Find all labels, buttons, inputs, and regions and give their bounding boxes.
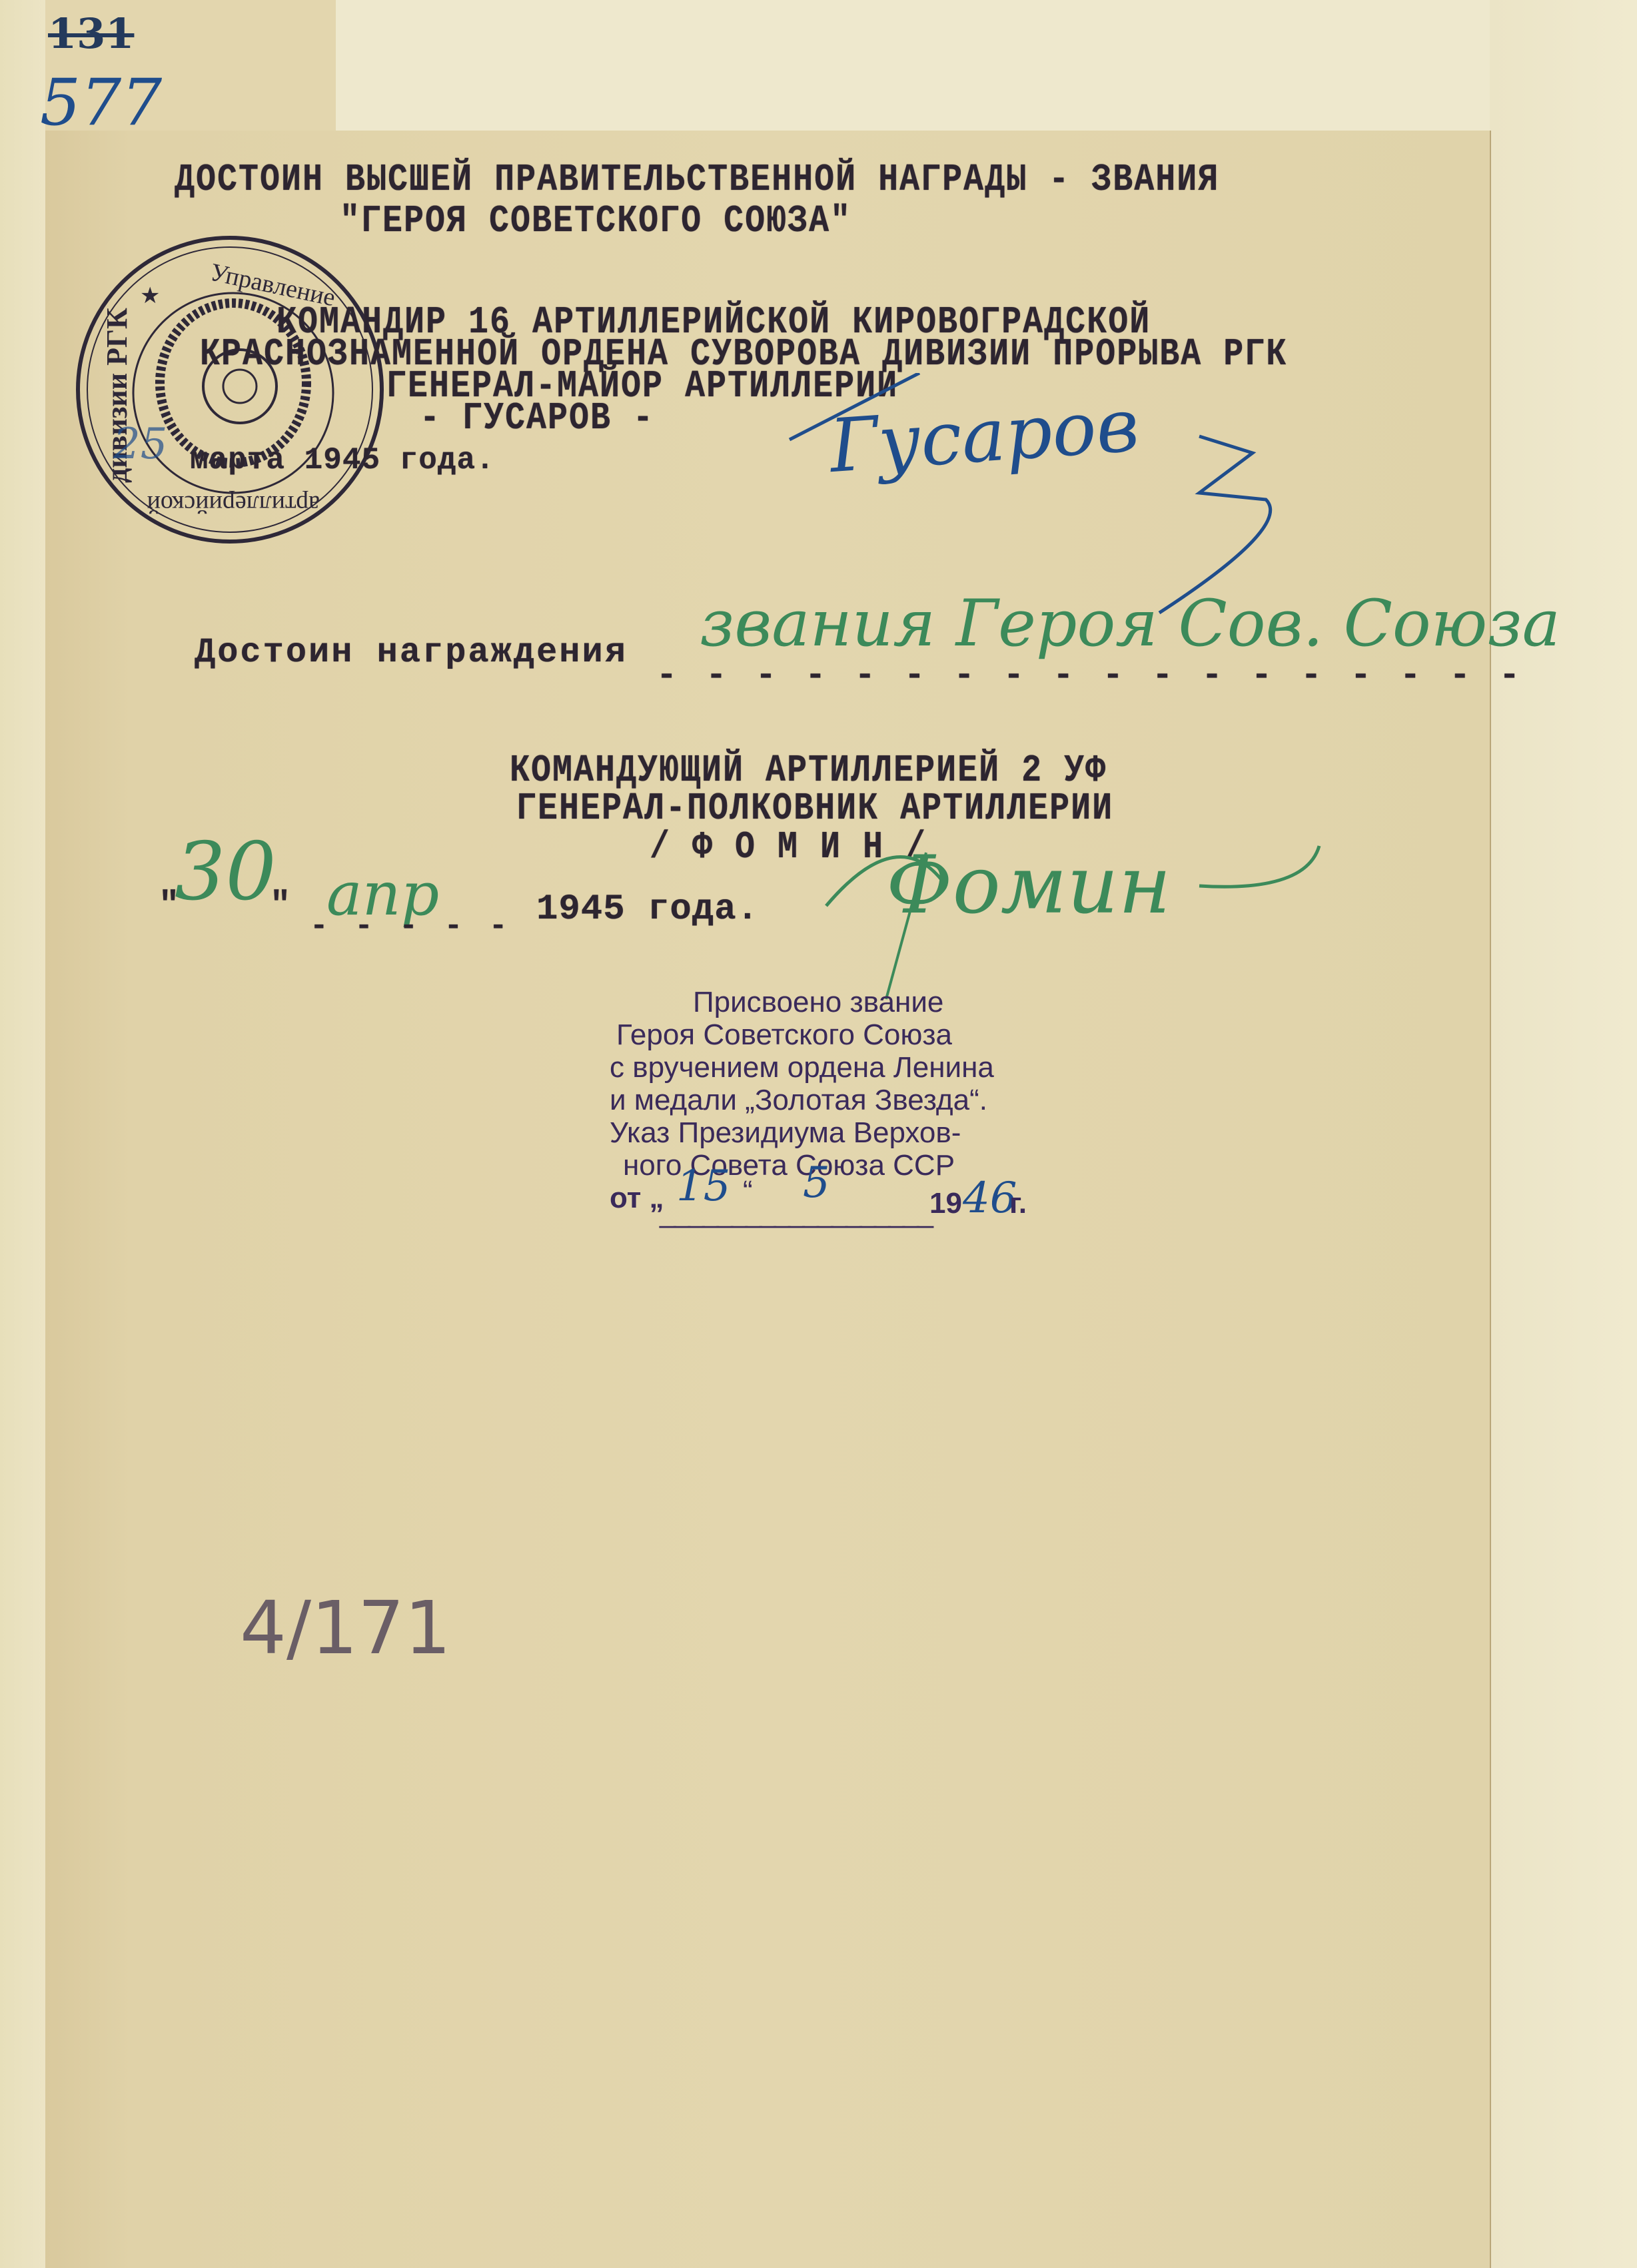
decree-line-1: Присвоено звание bbox=[693, 986, 1159, 1018]
fomin-flourish bbox=[800, 833, 1333, 1006]
header-line-2: "ГЕРОЯ СОВЕТСКОГО СОЮЗА" bbox=[340, 200, 851, 244]
decree-date: от „ 15 “ 5 ___________________ 19 46 г. bbox=[610, 1182, 1076, 1222]
decree-line-4: и медали „Золотая Звезда“. bbox=[610, 1084, 1076, 1116]
front-date-close-quote: " bbox=[270, 886, 292, 925]
decree-stamp: Присвоено звание Героя Советского Союза … bbox=[610, 986, 1076, 1222]
backing-left bbox=[0, 0, 45, 2268]
header-line-1: ДОСТОИН ВЫСШЕЙ ПРАВИТЕЛЬСТВЕННОЙ НАГРАДЫ… bbox=[175, 159, 1219, 202]
front-date-year: 1945 года. bbox=[536, 889, 759, 930]
award-label: Достоин награждения bbox=[195, 633, 628, 672]
front-date-month-dashes: - - - - - bbox=[310, 909, 511, 944]
seal-star-icon: ★ bbox=[140, 283, 160, 308]
decree-date-year-prefix: 19 bbox=[929, 1187, 962, 1220]
crossed-archive-number: 131 bbox=[48, 9, 134, 58]
decree-line-3: с вручением ордена Ленина bbox=[610, 1051, 1076, 1084]
front-commander-line-2: ГЕНЕРАЛ-ПОЛКОВНИК АРТИЛЛЕРИИ bbox=[516, 787, 1113, 831]
svg-text:артиллерийской: артиллерийской bbox=[147, 490, 320, 518]
decree-date-underline: ___________________ bbox=[660, 1196, 931, 1229]
division-date-day: 25 bbox=[113, 420, 167, 469]
division-commander-name: - ГУСАРОВ - bbox=[420, 397, 654, 441]
decree-date-prefix: от „ bbox=[610, 1182, 664, 1214]
award-dashes: - - - - - - - - - - - - - - - - - - bbox=[656, 656, 1524, 695]
division-seal: ★ Управление дивизии РГК артиллерийской bbox=[70, 230, 390, 550]
decree-date-suffix: г. bbox=[1009, 1187, 1027, 1220]
division-date: марта 1945 года. bbox=[190, 443, 495, 478]
decree-line-5: Указ Президиума Верхов- bbox=[610, 1116, 1076, 1149]
backing-right bbox=[1490, 0, 1637, 2268]
front-commander-line-1: КОМАНДУЮЩИЙ АРТИЛЛЕРИЕЙ 2 УФ bbox=[510, 749, 1107, 793]
backing-top bbox=[336, 0, 1490, 131]
front-date-day: 30 bbox=[175, 826, 276, 919]
pencil-archive-number: 4/171 bbox=[240, 1585, 451, 1671]
sheet-number: 577 bbox=[40, 65, 162, 140]
award-handwritten: звания Героя Сов. Союза bbox=[700, 586, 1560, 661]
decree-line-2: Героя Советского Союза bbox=[616, 1018, 1083, 1051]
